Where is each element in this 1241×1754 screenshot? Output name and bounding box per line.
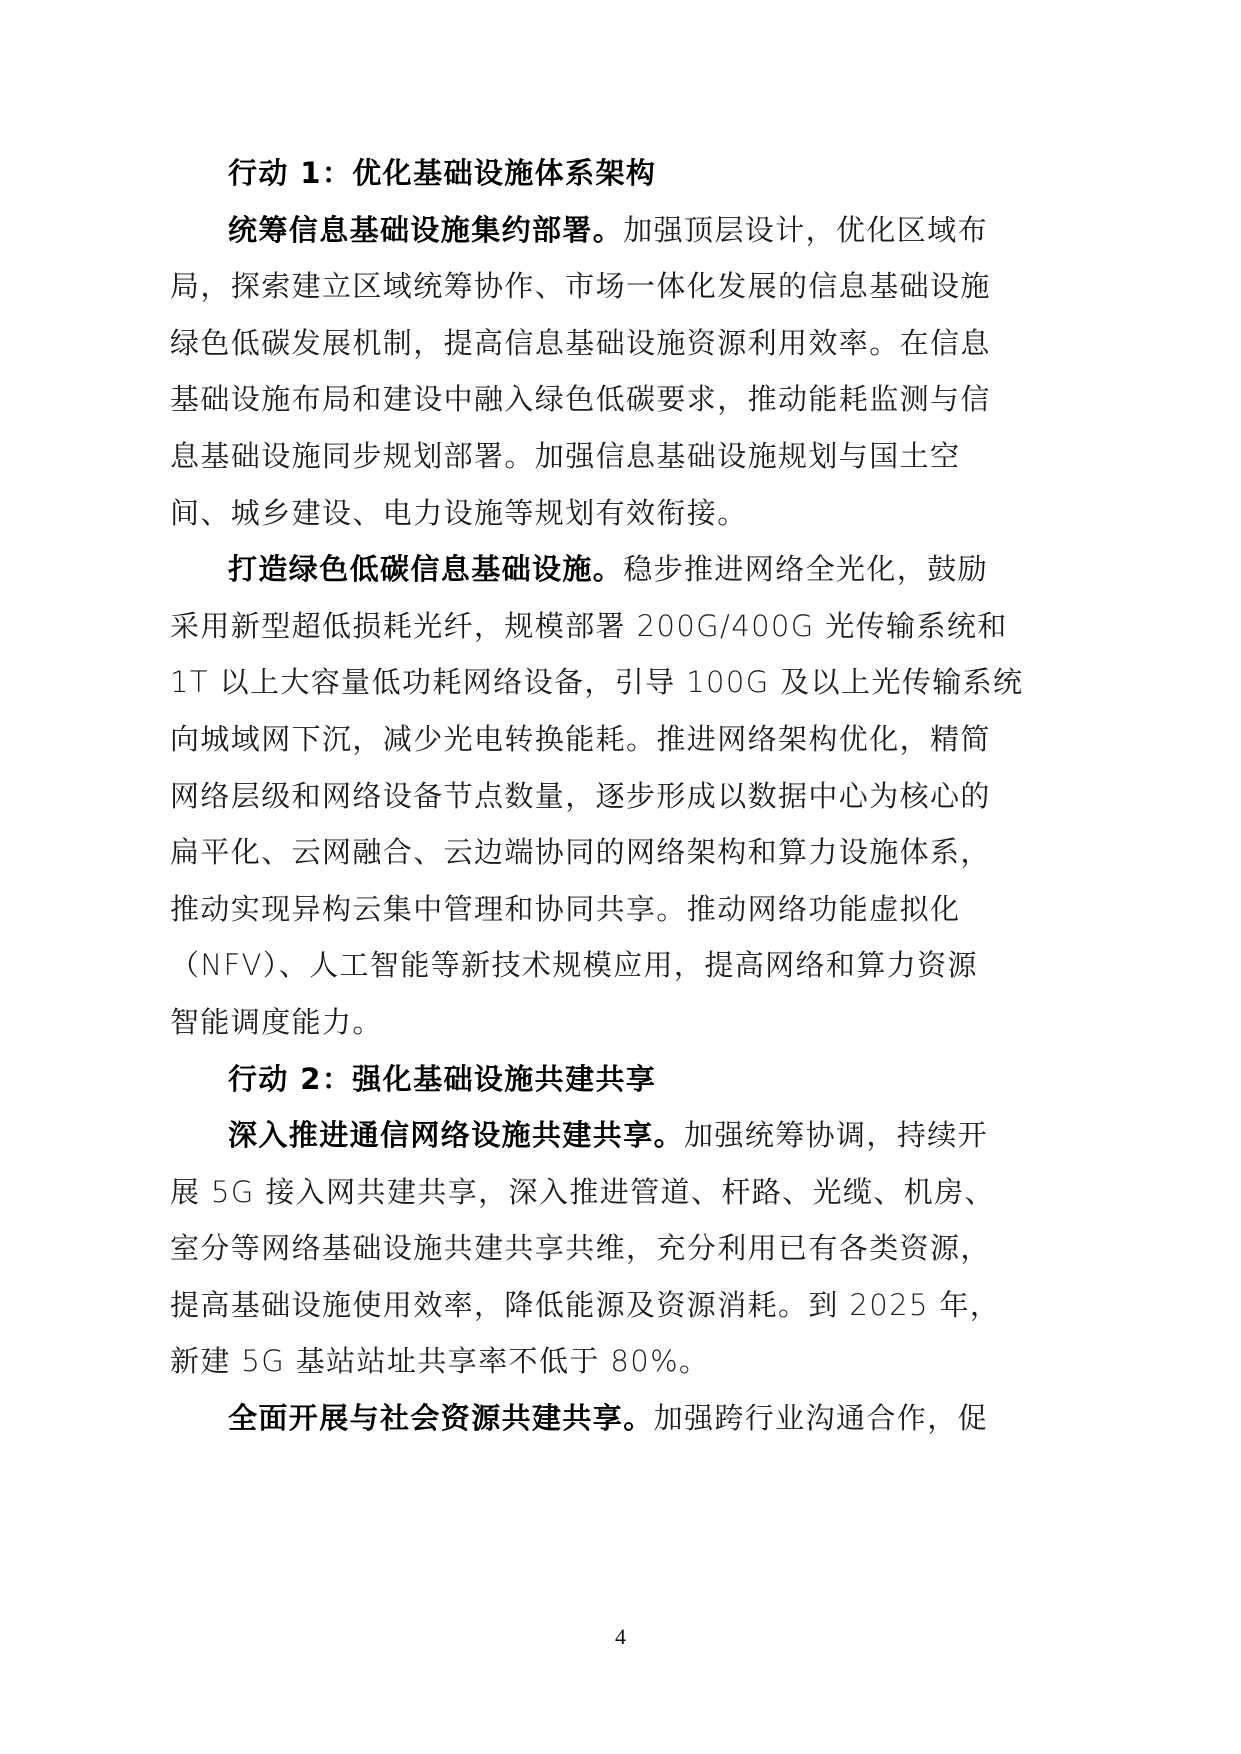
page-content: 行动 1：优化基础设施体系架构 统筹信息基础设施集约部署。加强顶层设计，优化区域…	[170, 145, 1048, 1447]
paragraph-lead: 全面开展与社会资源共建共享。	[228, 1401, 654, 1435]
paragraph-line: 采用新型超低损耗光纤，规模部署 200G/400G 光传输系统和	[170, 598, 1048, 655]
section-2: 行动 2：强化基础设施共建共享 深入推进通信网络设施共建共享。加强统筹协调，持续…	[170, 1051, 1048, 1447]
document-page: 行动 1：优化基础设施体系架构 统筹信息基础设施集约部署。加强顶层设计，优化区域…	[0, 0, 1241, 1754]
paragraph-1-2-line-1: 打造绿色低碳信息基础设施。稳步推进网络全光化，鼓励	[170, 541, 1048, 598]
paragraph-2-2-line-1: 全面开展与社会资源共建共享。加强跨行业沟通合作，促	[170, 1390, 1048, 1447]
section-heading-2: 行动 2：强化基础设施共建共享	[170, 1051, 1048, 1108]
paragraph-line: 绿色低碳发展机制，提高信息基础设施资源利用效率。在信息	[170, 315, 1048, 372]
section-1: 行动 1：优化基础设施体系架构 统筹信息基础设施集约部署。加强顶层设计，优化区域…	[170, 145, 1048, 1051]
paragraph-line: 新建 5G 基站站址共享率不低于 80%。	[170, 1333, 1048, 1390]
paragraph-text: 加强统筹协调，持续开	[684, 1118, 988, 1152]
paragraph-lead: 深入推进通信网络设施共建共享。	[228, 1118, 684, 1152]
paragraph-text: 加强顶层设计，优化区域布	[623, 213, 988, 247]
paragraph-line: 基础设施布局和建设中融入绿色低碳要求，推动能耗监测与信	[170, 371, 1048, 428]
paragraph-2-1-line-1: 深入推进通信网络设施共建共享。加强统筹协调，持续开	[170, 1107, 1048, 1164]
paragraph-line: 提高基础设施使用效率，降低能源及资源消耗。到 2025 年，	[170, 1277, 1048, 1334]
paragraph-line: 智能调度能力。	[170, 994, 1048, 1051]
paragraph-lead: 打造绿色低碳信息基础设施。	[228, 552, 623, 586]
paragraph-line: （NFV）、人工智能等新技术规模应用，提高网络和算力资源	[170, 937, 1048, 994]
paragraph-line: 局，探索建立区域统筹协作、市场一体化发展的信息基础设施	[170, 258, 1048, 315]
paragraph-1-1-line-1: 统筹信息基础设施集约部署。加强顶层设计，优化区域布	[170, 202, 1048, 259]
paragraph-text: 加强跨行业沟通合作，促	[654, 1401, 988, 1435]
paragraph-line: 网络层级和网络设备节点数量，逐步形成以数据中心为核心的	[170, 768, 1048, 825]
page-number: 4	[0, 1624, 1241, 1650]
paragraph-line: 息基础设施同步规划部署。加强信息基础设施规划与国土空	[170, 428, 1048, 485]
section-heading-1: 行动 1：优化基础设施体系架构	[170, 145, 1048, 202]
paragraph-line: 1T 以上大容量低功耗网络设备，引导 100G 及以上光传输系统	[170, 654, 1048, 711]
paragraph-text: 稳步推进网络全光化，鼓励	[623, 552, 988, 586]
paragraph-line: 展 5G 接入网共建共享，深入推进管道、杆路、光缆、机房、	[170, 1164, 1048, 1221]
paragraph-line: 室分等网络基础设施共建共享共维，充分利用已有各类资源，	[170, 1220, 1048, 1277]
paragraph-line: 间、城乡建设、电力设施等规划有效衔接。	[170, 485, 1048, 542]
paragraph-line: 推动实现异构云集中管理和协同共享。推动网络功能虚拟化	[170, 881, 1048, 938]
paragraph-lead: 统筹信息基础设施集约部署。	[228, 213, 623, 247]
paragraph-line: 扁平化、云网融合、云边端协同的网络架构和算力设施体系，	[170, 824, 1048, 881]
paragraph-line: 向城域网下沉，减少光电转换能耗。推进网络架构优化，精简	[170, 711, 1048, 768]
